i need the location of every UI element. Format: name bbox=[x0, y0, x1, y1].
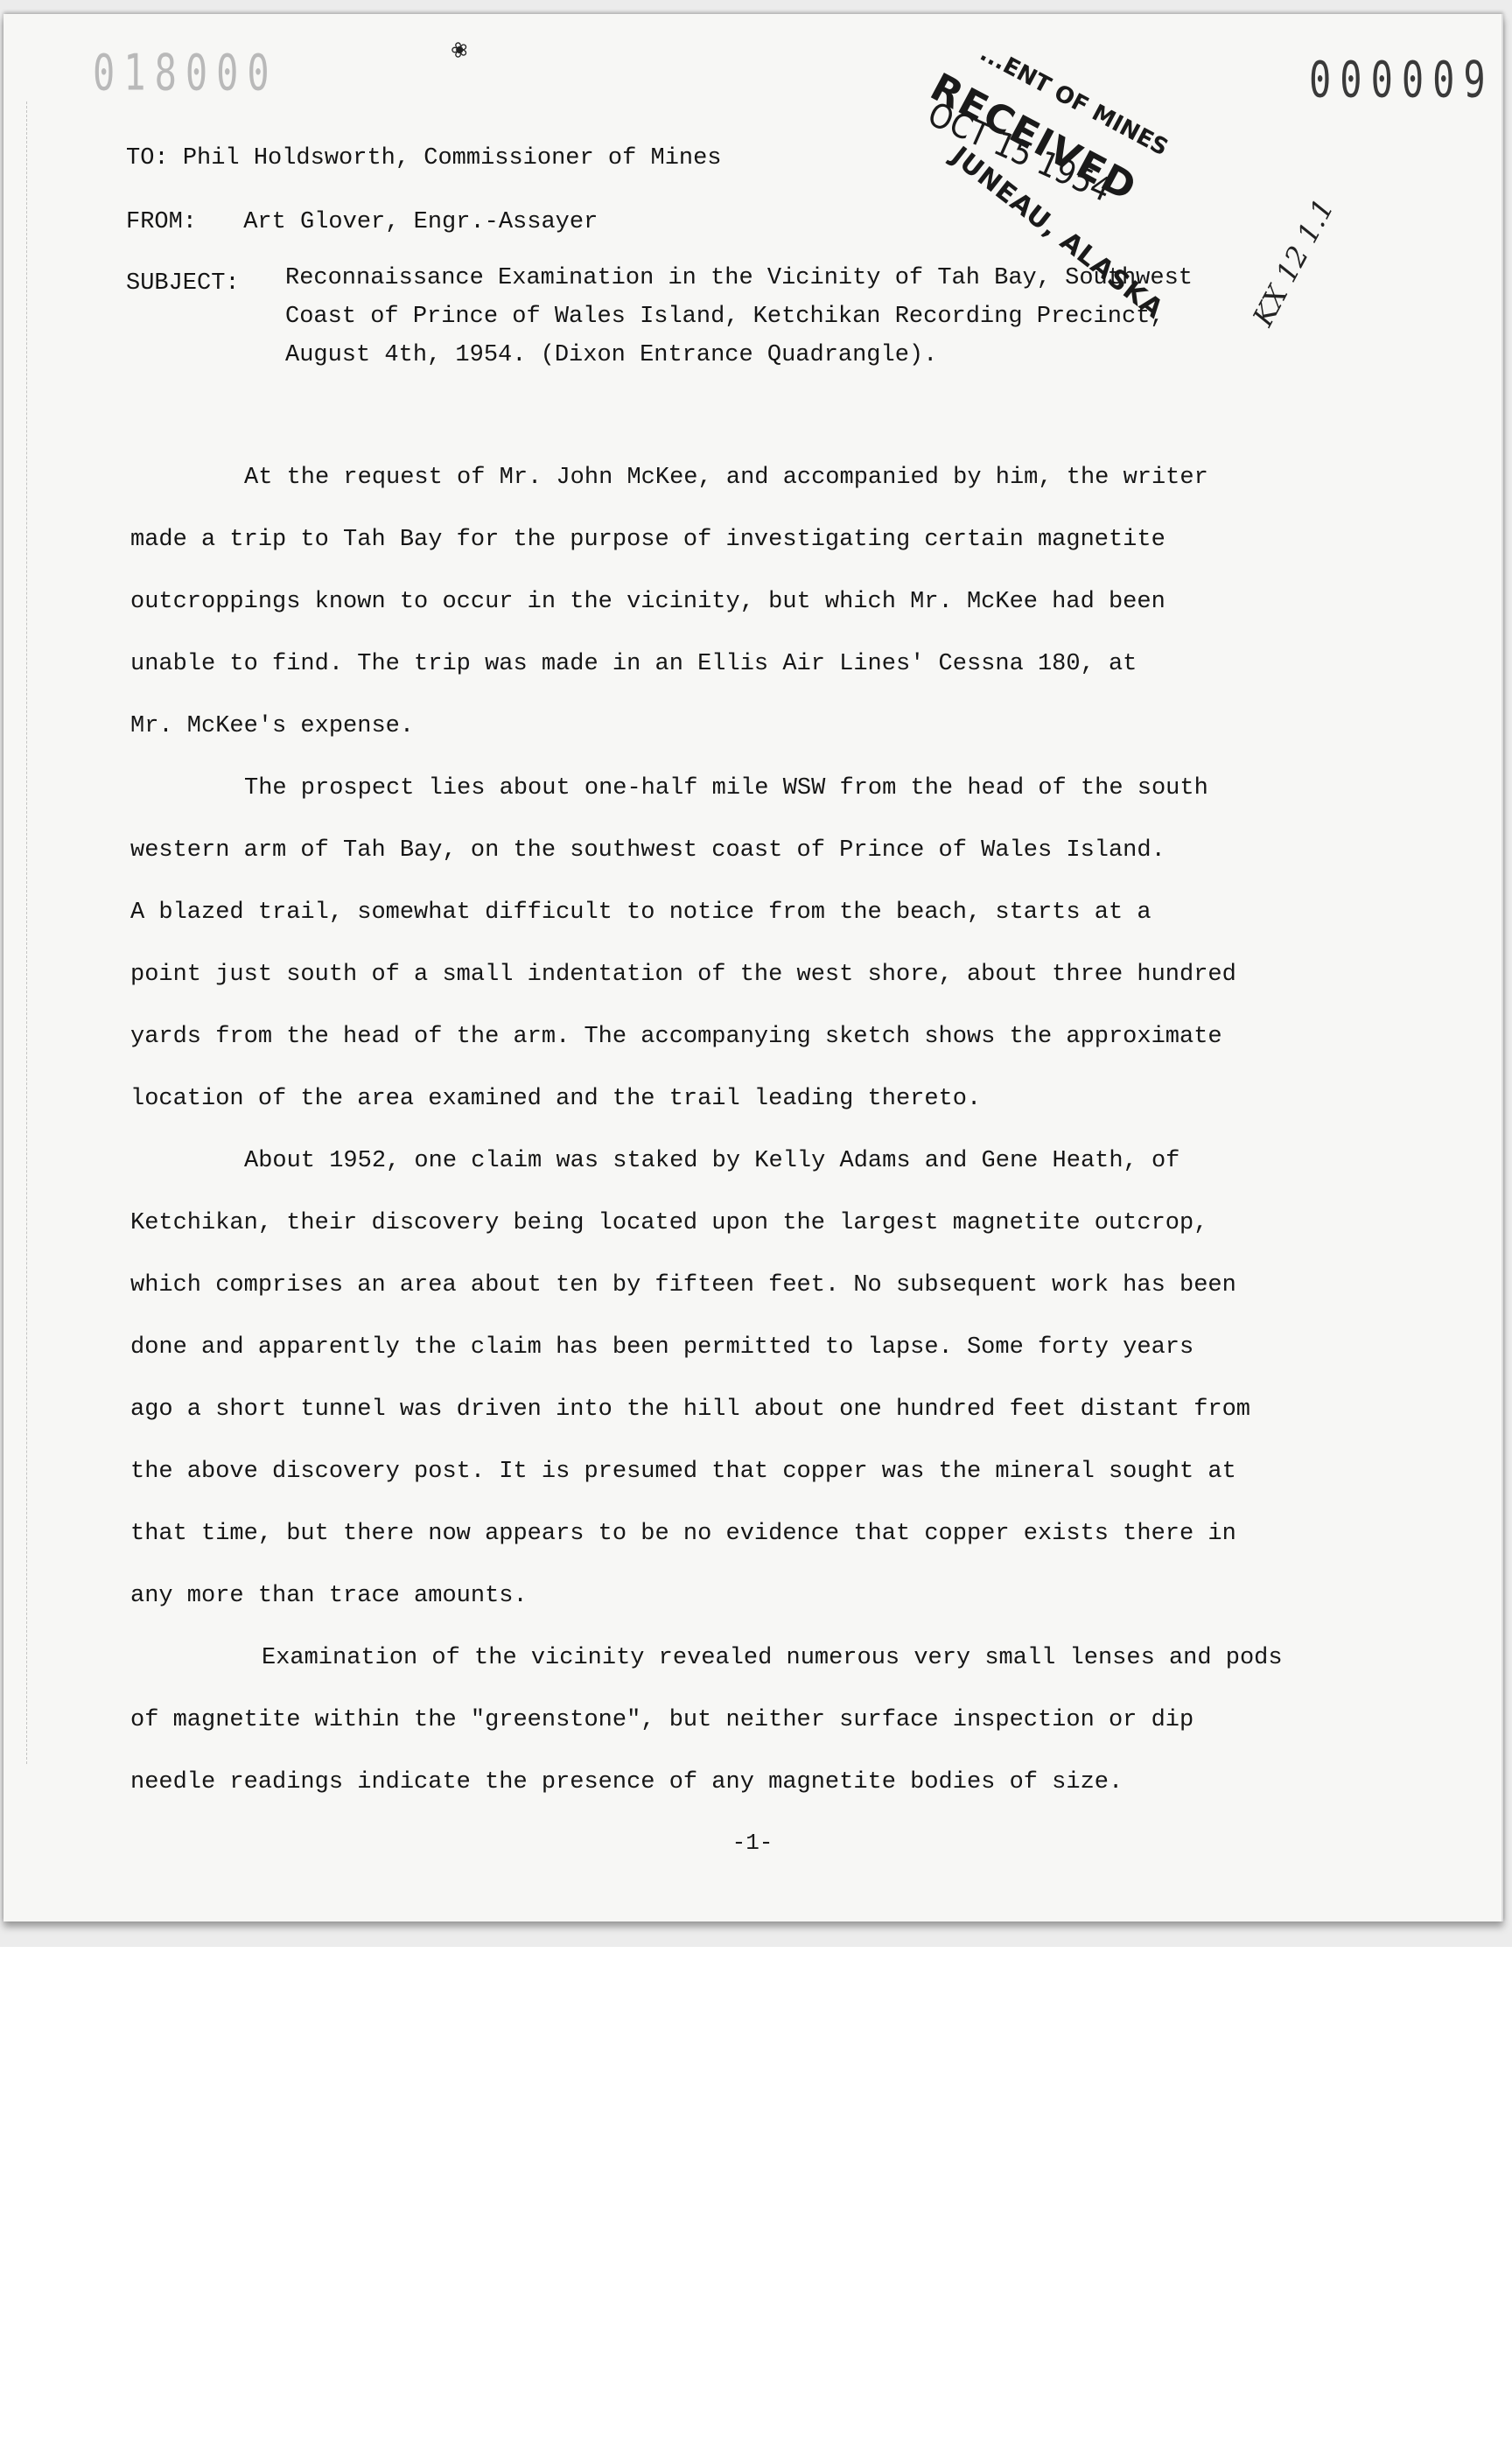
memo-from: FROM: Art Glover, Engr.-Assayer bbox=[126, 209, 598, 235]
document-page: 018000 000009 ❀ ...ENT OF MINES RECEIVED… bbox=[3, 14, 1503, 1921]
text-line: A blazed trail, somewhat difficult to no… bbox=[130, 882, 1425, 944]
from-value: Art Glover, Engr.-Assayer bbox=[243, 209, 598, 235]
subject-line: August 4th, 1954. (Dixon Entrance Quadra… bbox=[285, 336, 1193, 374]
text-line: location of the area examined and the tr… bbox=[130, 1068, 1425, 1130]
text-line: of magnetite within the "greenstone", bu… bbox=[130, 1690, 1425, 1752]
to-value: Phil Holdsworth, Commissioner of Mines bbox=[183, 145, 722, 171]
handwritten-note: KX 12 1.1 bbox=[1246, 193, 1340, 332]
text-line: outcroppings known to occur in the vicin… bbox=[130, 571, 1425, 633]
text-line: western arm of Tah Bay, on the southwest… bbox=[130, 820, 1425, 882]
margin-rule bbox=[26, 101, 28, 1764]
from-label: FROM: bbox=[126, 209, 229, 235]
memo-body: At the request of Mr. John McKee, and ac… bbox=[130, 447, 1425, 1814]
subject-line: Reconnaissance Examination in the Vicini… bbox=[285, 259, 1193, 297]
text-line: ago a short tunnel was driven into the h… bbox=[130, 1379, 1425, 1441]
ink-mark: ❀ bbox=[447, 31, 472, 67]
text-line: Mr. McKee's expense. bbox=[130, 696, 1425, 758]
text-line: any more than trace amounts. bbox=[130, 1565, 1425, 1627]
subject-text: Reconnaissance Examination in the Vicini… bbox=[285, 259, 1193, 374]
subject-line: Coast of Prince of Wales Island, Ketchik… bbox=[285, 297, 1193, 336]
text-line: that time, but there now appears to be n… bbox=[130, 1503, 1425, 1565]
memo-to: TO: Phil Holdsworth, Commissioner of Min… bbox=[126, 145, 722, 171]
paragraph-examination: Examination of the vicinity revealed num… bbox=[130, 1627, 1425, 1814]
paragraph-location: The prospect lies about one-half mile WS… bbox=[130, 758, 1425, 1130]
memo-subject: SUBJECT: bbox=[126, 270, 240, 297]
paragraph-claim-history: About 1952, one claim was staked by Kell… bbox=[130, 1130, 1425, 1627]
paragraph-request: At the request of Mr. John McKee, and ac… bbox=[130, 447, 1425, 758]
text-line: Examination of the vicinity revealed num… bbox=[130, 1627, 1425, 1690]
text-line: About 1952, one claim was staked by Kell… bbox=[130, 1130, 1425, 1193]
text-line: made a trip to Tah Bay for the purpose o… bbox=[130, 509, 1425, 571]
text-line: Ketchikan, their discovery being located… bbox=[130, 1193, 1425, 1255]
text-line: done and apparently the claim has been p… bbox=[130, 1317, 1425, 1379]
text-line: needle readings indicate the presence of… bbox=[130, 1752, 1425, 1814]
text-line: which comprises an area about ten by fif… bbox=[130, 1255, 1425, 1317]
bates-number-right: 000009 bbox=[1309, 51, 1494, 108]
page-number: -1- bbox=[3, 1830, 1501, 1856]
subject-label: SUBJECT: bbox=[126, 270, 240, 297]
text-line: At the request of Mr. John McKee, and ac… bbox=[130, 447, 1425, 509]
text-line: point just south of a small indentation … bbox=[130, 944, 1425, 1006]
to-label: TO: bbox=[126, 145, 169, 171]
text-line: the above discovery post. It is presumed… bbox=[130, 1441, 1425, 1503]
text-line: The prospect lies about one-half mile WS… bbox=[130, 758, 1425, 820]
text-line: unable to find. The trip was made in an … bbox=[130, 633, 1425, 696]
text-line: yards from the head of the arm. The acco… bbox=[130, 1006, 1425, 1068]
bates-number-left: 018000 bbox=[93, 44, 278, 101]
